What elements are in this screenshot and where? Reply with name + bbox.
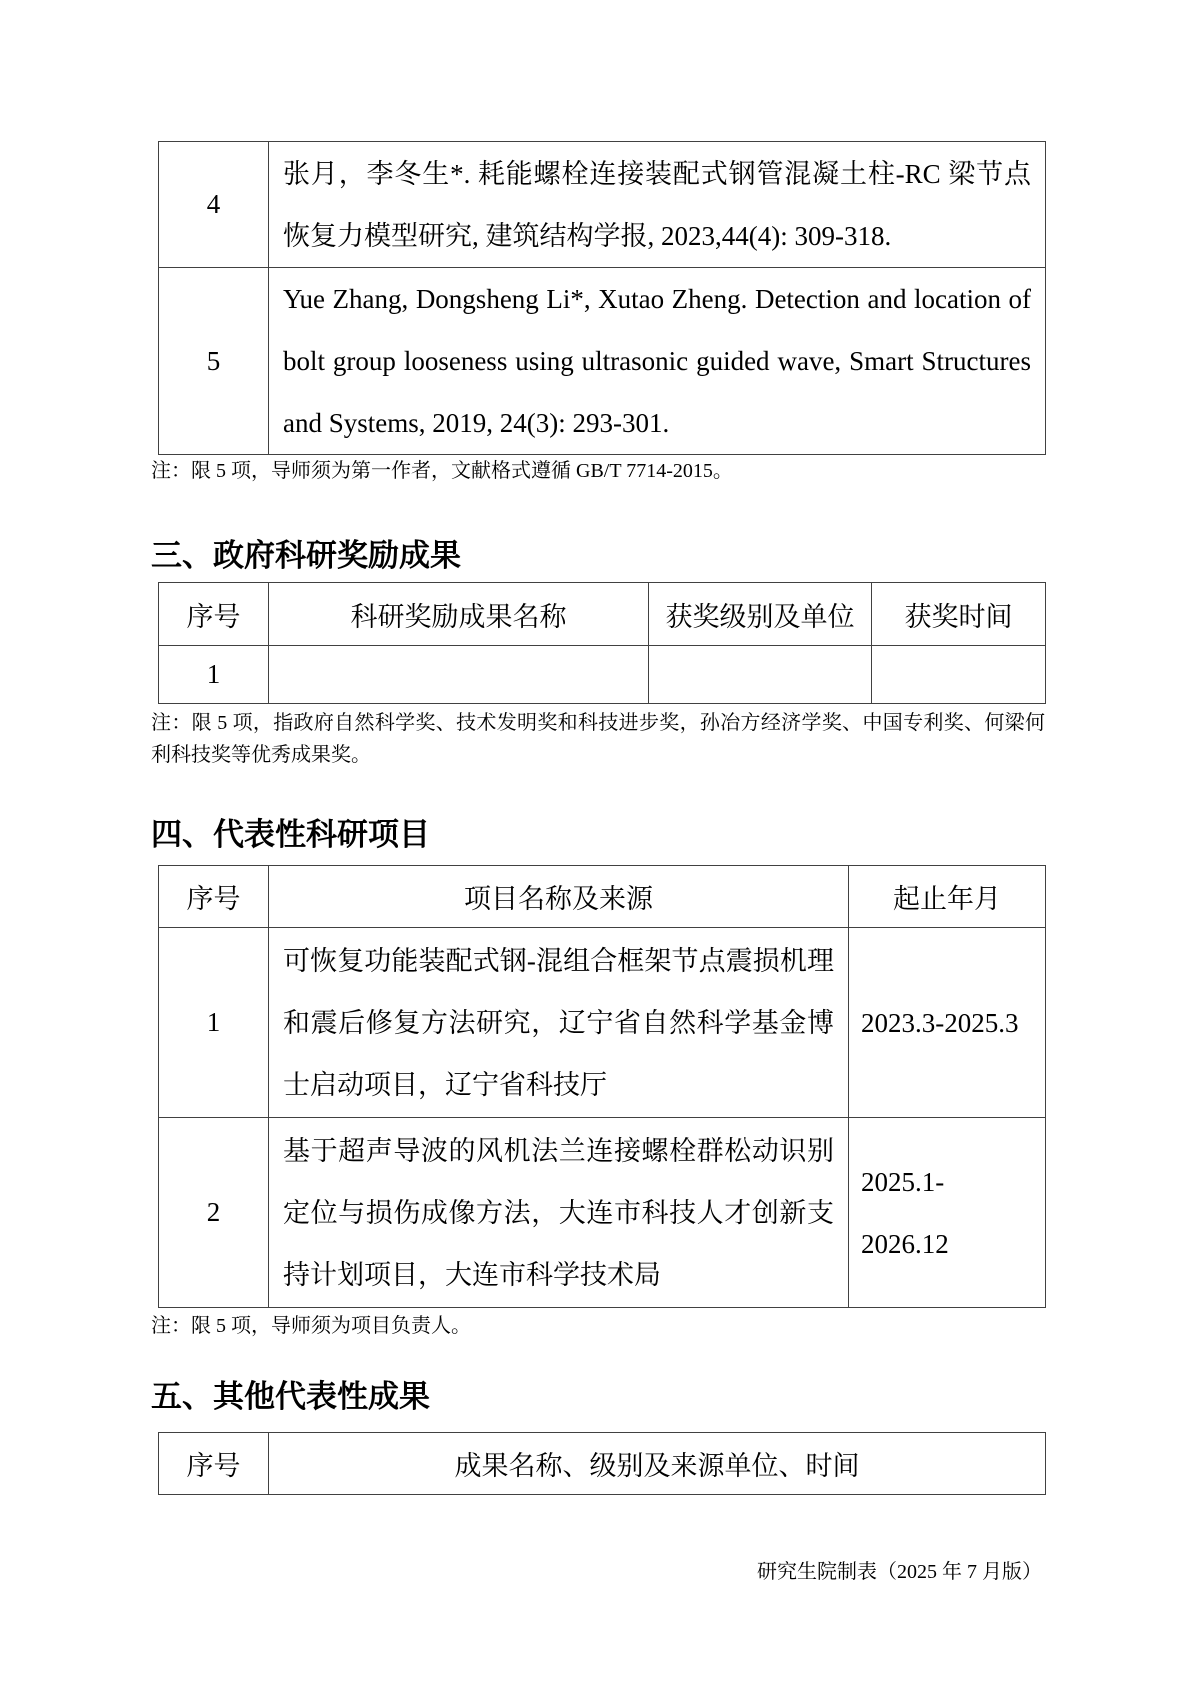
other-achievements-header-no: 序号 <box>159 1433 269 1495</box>
awards-header-name: 科研奖励成果名称 <box>269 583 649 646</box>
publication-row: 5 Yue Zhang, Dongsheng Li*, Xutao Zheng.… <box>159 268 1046 455</box>
awards-header-no: 序号 <box>159 583 269 646</box>
projects-header-period: 起止年月 <box>849 866 1046 928</box>
awards-row-number: 1 <box>159 646 269 704</box>
project-period-line: 2026.12 <box>861 1213 1045 1275</box>
awards-row-time <box>872 646 1046 704</box>
project-name: 可恢复功能装配式钢-混组合框架节点震损机理和震后修复方法研究，辽宁省自然科学基金… <box>269 928 849 1118</box>
projects-table: 序号 项目名称及来源 起止年月 1 可恢复功能装配式钢-混组合框架节点震损机理和… <box>158 865 1046 1308</box>
awards-header-level: 获奖级别及单位 <box>649 583 872 646</box>
publications-table: 4 张月，李冬生*. 耗能螺栓连接装配式钢管混凝土柱-RC 梁节点恢复力模型研究… <box>158 141 1046 455</box>
project-row-number: 1 <box>159 928 269 1118</box>
awards-section-heading: 三、政府科研奖励成果 <box>151 534 461 578</box>
project-name: 基于超声导波的风机法兰连接螺栓群松动识别定位与损伤成像方法，大连市科技人才创新支… <box>269 1118 849 1308</box>
awards-row-level <box>649 646 872 704</box>
awards-table: 序号 科研奖励成果名称 获奖级别及单位 获奖时间 1 <box>158 582 1046 704</box>
awards-header-row: 序号 科研奖励成果名称 获奖级别及单位 获奖时间 <box>159 583 1046 646</box>
project-row: 2 基于超声导波的风机法兰连接螺栓群松动识别定位与损伤成像方法，大连市科技人才创… <box>159 1118 1046 1308</box>
publication-citation: Yue Zhang, Dongsheng Li*, Xutao Zheng. D… <box>269 268 1046 455</box>
other-achievements-section-heading: 五、其他代表性成果 <box>151 1375 430 1419</box>
project-period-line: 2023.3-2025.3 <box>861 992 1045 1054</box>
publication-row-number: 5 <box>159 268 269 455</box>
project-period: 2025.1- 2026.12 <box>849 1118 1046 1308</box>
footer-credit: 研究生院制表（2025 年 7 月版） <box>642 1558 1042 1586</box>
project-row-number: 2 <box>159 1118 269 1308</box>
projects-header-no: 序号 <box>159 866 269 928</box>
projects-note: 注：限 5 项，导师须为项目负责人。 <box>151 1310 1045 1342</box>
other-achievements-header-row: 序号 成果名称、级别及来源单位、时间 <box>159 1433 1046 1495</box>
publications-note: 注：限 5 项，导师须为第一作者，文献格式遵循 GB/T 7714-2015。 <box>151 455 1043 487</box>
publication-citation: 张月，李冬生*. 耗能螺栓连接装配式钢管混凝土柱-RC 梁节点恢复力模型研究, … <box>269 142 1046 268</box>
awards-note: 注：限 5 项，指政府自然科学奖、技术发明奖和科技进步奖，孙冶方经济学奖、中国专… <box>151 707 1045 771</box>
projects-section-heading: 四、代表性科研项目 <box>151 813 430 857</box>
projects-header-name: 项目名称及来源 <box>269 866 849 928</box>
project-period: 2023.3-2025.3 <box>849 928 1046 1118</box>
other-achievements-header-name: 成果名称、级别及来源单位、时间 <box>269 1433 1046 1495</box>
awards-row-name <box>269 646 649 704</box>
document-page: { "publications": { "rows": [ { "no": "4… <box>0 0 1190 1683</box>
publication-row: 4 张月，李冬生*. 耗能螺栓连接装配式钢管混凝土柱-RC 梁节点恢复力模型研究… <box>159 142 1046 268</box>
publication-row-number: 4 <box>159 142 269 268</box>
projects-header-row: 序号 项目名称及来源 起止年月 <box>159 866 1046 928</box>
other-achievements-table: 序号 成果名称、级别及来源单位、时间 <box>158 1432 1046 1495</box>
project-period-line: 2025.1- <box>861 1151 1045 1213</box>
project-row: 1 可恢复功能装配式钢-混组合框架节点震损机理和震后修复方法研究，辽宁省自然科学… <box>159 928 1046 1118</box>
awards-row: 1 <box>159 646 1046 704</box>
awards-header-time: 获奖时间 <box>872 583 1046 646</box>
